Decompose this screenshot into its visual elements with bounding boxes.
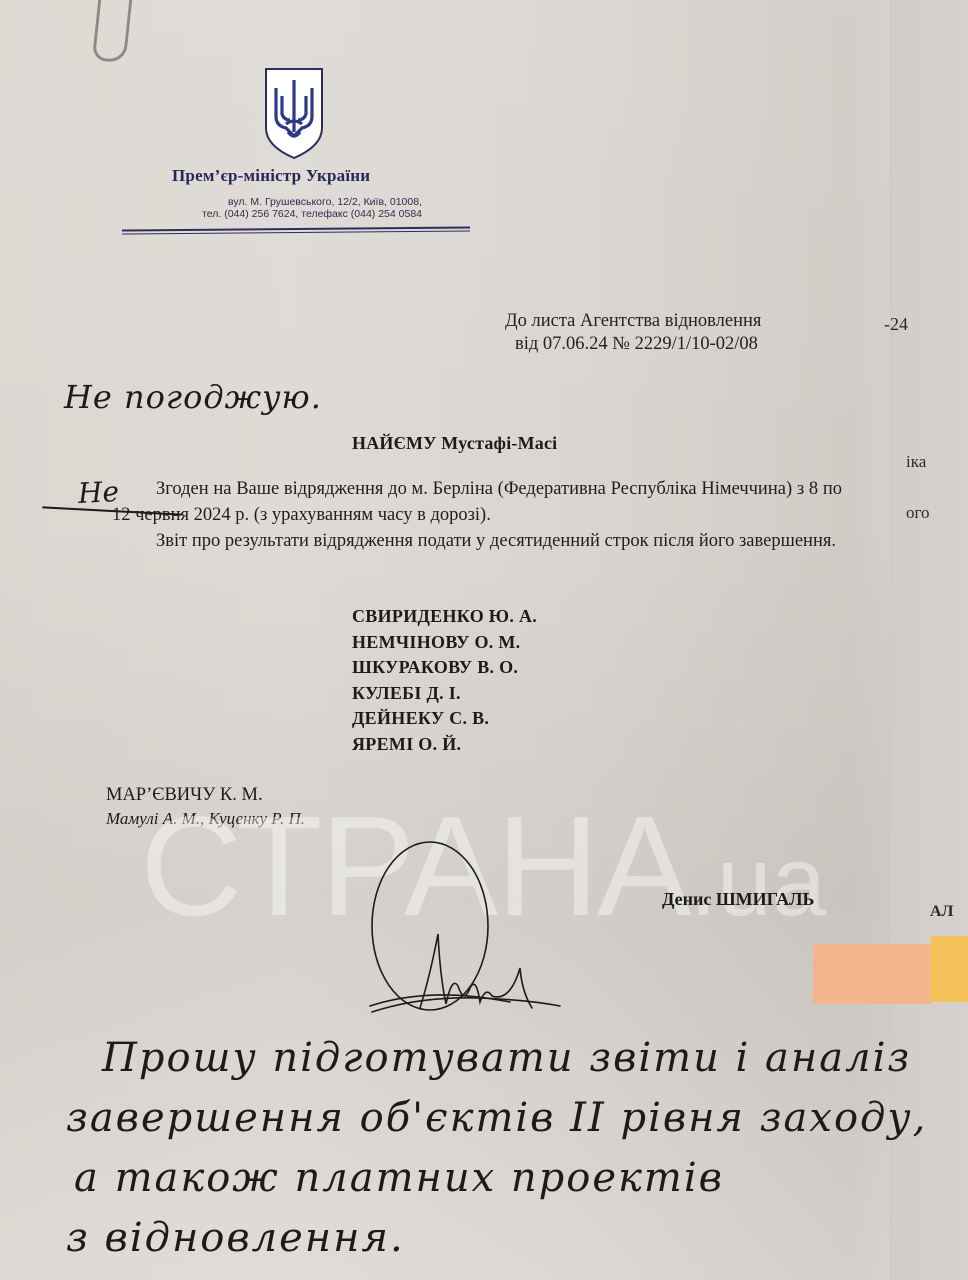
body-paragraph-2: Звіт про результати відрядження подати у… xyxy=(112,528,842,554)
handwritten-disapproval: Не погоджую. xyxy=(64,378,322,416)
contact-line: тел. (044) 256 7624, телефакс (044) 254 … xyxy=(172,208,422,220)
copy-recipient: ЯРЕМІ О. Й. xyxy=(352,732,537,758)
copy-recipient: ШКУРАКОВУ В. О. xyxy=(352,655,537,681)
handwritten-not: Не xyxy=(77,475,120,510)
reference-line-2: від 07.06.24 № 2229/1/10-02/08 xyxy=(505,333,761,356)
executors-block: МАР’ЄВИЧУ К. М. Мамулі А. М., Куценку Р.… xyxy=(106,783,305,831)
copy-recipient: ДЕЙНЕКУ С. В. xyxy=(352,706,537,732)
resolution-line: Прошу підготувати звіти і аналіз xyxy=(66,1028,946,1088)
underlying-text-fragment: іка xyxy=(906,452,926,472)
letterhead-address: вул. М. Грушевського, 12/2, Київ, 01008,… xyxy=(172,196,422,220)
resolution-line: з відновлення. xyxy=(66,1208,946,1268)
coat-of-arms-icon xyxy=(262,66,326,160)
executor-secondary: Мамулі А. М., Куценку Р. П. xyxy=(106,807,305,831)
resolution-line: завершення об'єктів II рівня заходу, xyxy=(66,1088,946,1148)
reference-block: До листа Агентства відновлення від 07.06… xyxy=(505,310,761,356)
reference-suffix: -24 xyxy=(884,314,908,335)
addressee: НАЙЄМУ Мустафі-Масі xyxy=(352,433,557,454)
reference-line-1: До листа Агентства відновлення xyxy=(505,311,761,331)
letterhead-title: Прем’єр-міністр України xyxy=(172,166,370,186)
underlying-text-fragment: ого xyxy=(906,503,930,523)
underlying-text-fragment: АЛ xyxy=(930,903,953,921)
handwritten-resolution: Прошу підготувати звіти і аналіз заверше… xyxy=(66,1028,946,1268)
copy-recipient: НЕМЧІНОВУ О. М. xyxy=(352,630,537,656)
copy-recipient: КУЛЕБІ Д. І. xyxy=(352,681,537,707)
body-paragraph-1: Згоден на Ваше відрядження до м. Берліна… xyxy=(112,476,842,528)
sticky-note-yellow xyxy=(931,936,968,1002)
sticky-note-orange xyxy=(813,944,931,1004)
signature-icon xyxy=(360,836,570,1016)
signatory-name: Денис ШМИГАЛЬ xyxy=(662,889,814,910)
executor-main: МАР’ЄВИЧУ К. М. xyxy=(106,783,305,807)
copy-recipient: СВИРИДЕНКО Ю. А. xyxy=(352,604,537,630)
copies-list: СВИРИДЕНКО Ю. А. НЕМЧІНОВУ О. М. ШКУРАКО… xyxy=(352,604,537,757)
address-line: вул. М. Грушевського, 12/2, Київ, 01008, xyxy=(172,196,422,208)
letter-body: Згоден на Ваше відрядження до м. Берліна… xyxy=(112,476,842,554)
resolution-line: а також платних проектів xyxy=(66,1148,946,1208)
